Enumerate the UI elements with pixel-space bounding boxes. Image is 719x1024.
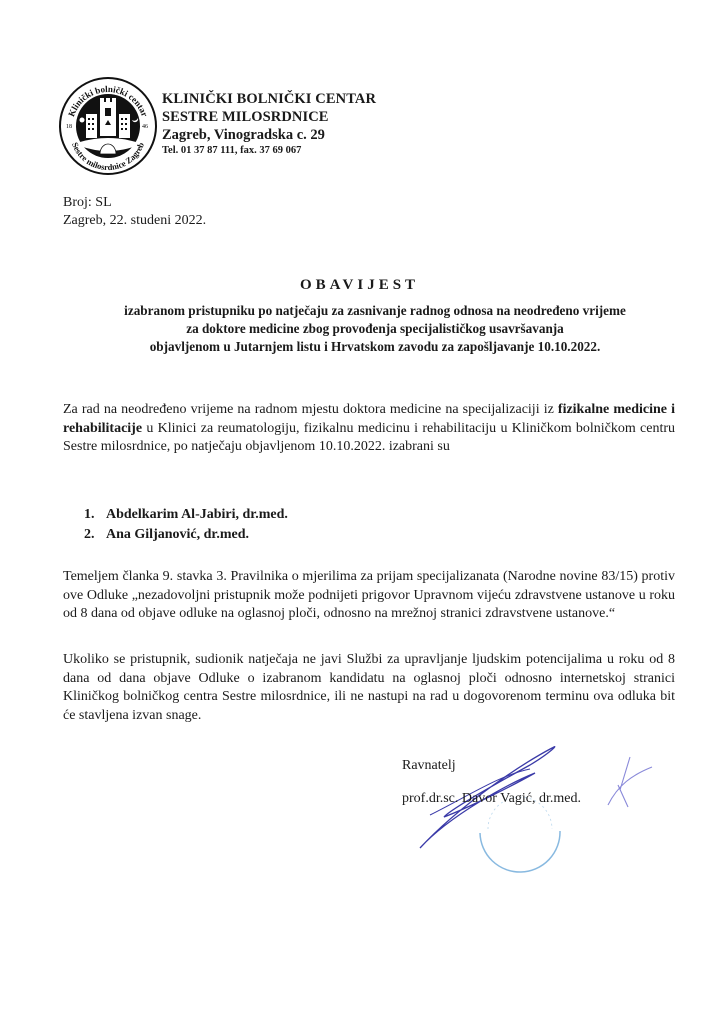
institution-contact: Tel. 01 37 87 111, fax. 37 69 067 (162, 144, 376, 158)
paragraph-text: Za rad na neodređeno vrijeme na radnom m… (63, 402, 558, 417)
reference-number: Broj: SL (63, 194, 206, 212)
institution-name-line2: SESTRE MILOSRDNICE (162, 108, 376, 126)
subtitle-line: objavljenom u Jutarnjem listu i Hrvatsko… (60, 338, 690, 356)
svg-text:46: 46 (142, 124, 148, 130)
paragraph-text: u Klinici za reumatologiju, fizikalnu me… (63, 421, 675, 455)
selection-paragraph: Za rad na neodređeno vrijeme na radnom m… (63, 401, 675, 457)
letterhead: KLINIČKI BOLNIČKI CENTAR SESTRE MILOSRDN… (162, 90, 376, 158)
institution-name-line1: KLINIČKI BOLNIČKI CENTAR (162, 90, 376, 108)
list-item: 2.Ana Giljanović, dr.med. (84, 525, 288, 545)
subtitle-line: izabranom pristupniku po natječaju za za… (60, 302, 690, 320)
appeal-paragraph: Temeljem članka 9. stavka 3. Pravilnika … (63, 568, 675, 624)
institution-address: Zagreb, Vinogradska c. 29 (162, 126, 376, 144)
notice-title: OBAVIJEST (0, 277, 719, 294)
candidate-name: Ana Giljanović, dr.med. (106, 527, 249, 542)
candidate-name: Abdelkarim Al-Jabiri, dr.med. (106, 507, 288, 522)
candidate-list: 1.Abdelkarim Al-Jabiri, dr.med. 2.Ana Gi… (84, 505, 288, 544)
subtitle-line: za doktore medicine zbog provođenja spec… (60, 320, 690, 338)
place-date: Zagreb, 22. studeni 2022. (63, 212, 206, 230)
notice-subtitle: izabranom pristupniku po natječaju za za… (60, 302, 690, 356)
document-meta: Broj: SL Zagreb, 22. studeni 2022. (63, 194, 206, 230)
signatory-name: prof.dr.sc. Davor Vagić, dr.med. (402, 791, 581, 807)
list-item: 1.Abdelkarim Al-Jabiri, dr.med. (84, 505, 288, 525)
hospital-seal-icon: Klinički bolnički centar Sestre milosrdn… (58, 76, 158, 176)
signatory-role: Ravnatelj (402, 758, 456, 774)
conditions-paragraph: Ukoliko se pristupnik, sudionik natječaj… (63, 651, 675, 725)
svg-text:18: 18 (66, 124, 72, 130)
